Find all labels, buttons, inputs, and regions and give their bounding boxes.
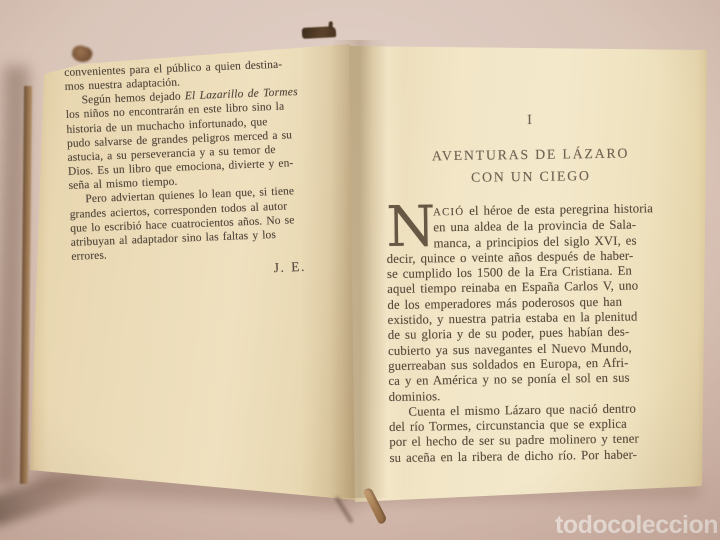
todocoleccion-watermark: todocoleccion (555, 511, 718, 540)
opening-word-caps: ACIÓ (433, 206, 464, 218)
cover-corner (70, 43, 94, 64)
right-page-text: NACIÓ el héroe de esta peregrina histori… (386, 201, 686, 466)
book-photograph: convenientes para el público a quien des… (0, 0, 720, 540)
chapter-number: I (384, 110, 676, 132)
spine-headband (302, 26, 337, 39)
chapter-title: AVENTURAS DE LÁZARO CON UN CIEGO (384, 142, 677, 190)
left-page-text: convenientes para el público a quien des… (64, 56, 342, 284)
drop-cap-letter: N (386, 206, 427, 249)
chapter-heading: I AVENTURAS DE LÁZARO CON UN CIEGO (384, 110, 677, 190)
left-page-paragraphs-end: los niños no encontrarán en este libro s… (66, 86, 298, 263)
